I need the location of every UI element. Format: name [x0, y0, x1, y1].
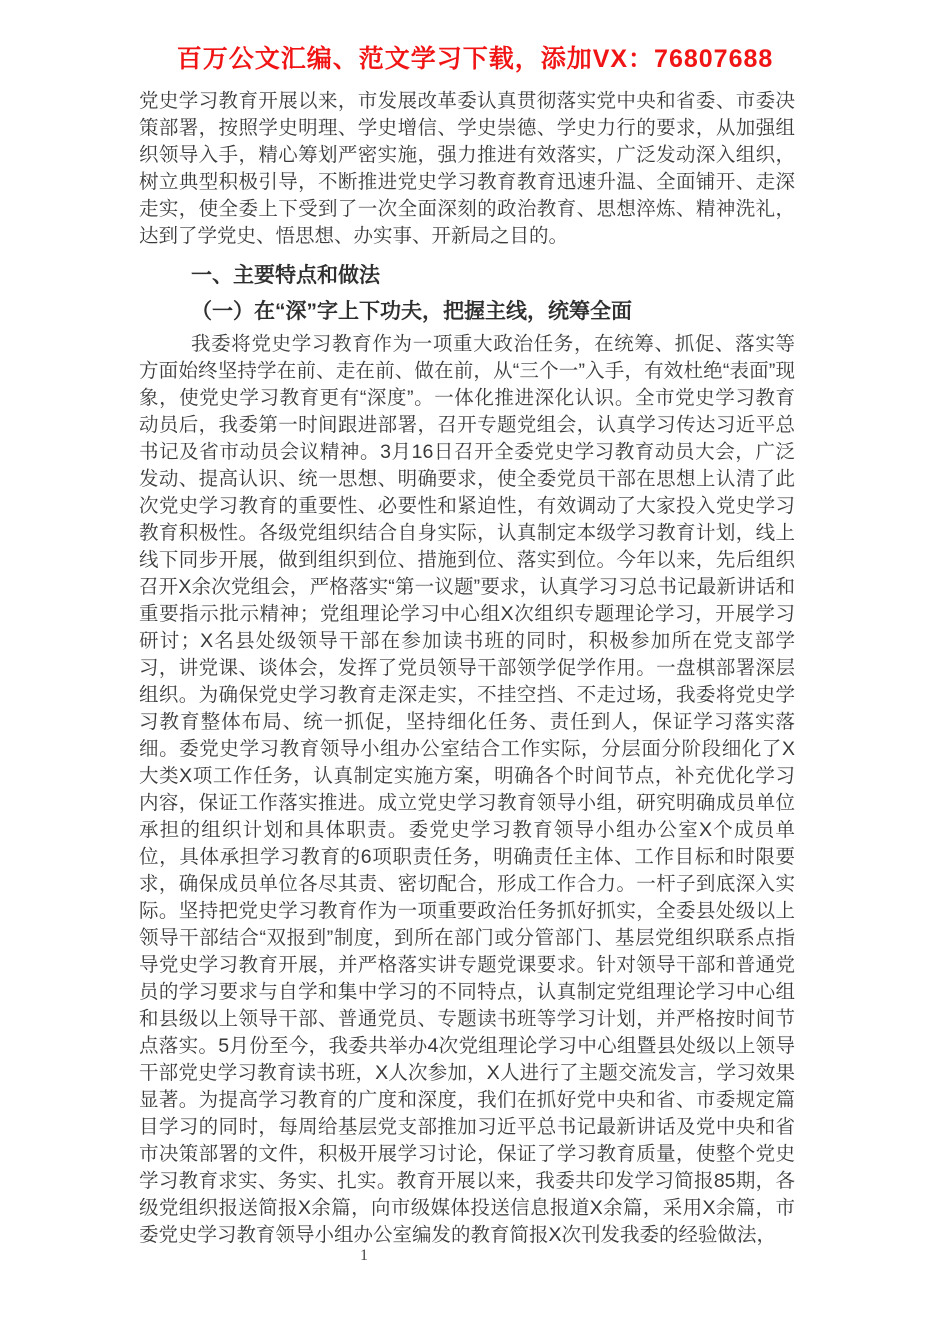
subsection-heading: （一）在“深”字上下功夫，把握主线，统筹全面 — [191, 295, 795, 329]
intro-paragraph: 党史学习教育开展以来，市发展改革委认真贯彻落实党中央和省委、市委决策部署，按照学… — [139, 88, 795, 250]
document-page: 百万公文汇编、范文学习下载，添加VX：76807688 党史学习教育开展以来，市… — [0, 0, 950, 1344]
header-notice: 百万公文汇编、范文学习下载，添加VX：76807688 — [0, 0, 950, 74]
main-paragraph: 我委将党史学习教育作为一项重大政治任务，在统筹、抓促、落实等方面始终坚持学在前、… — [139, 331, 795, 1249]
section-heading: 一、主要特点和做法 — [191, 259, 795, 293]
document-body: 党史学习教育开展以来，市发展改革委认真贯彻落实党中央和省委、市委决策部署，按照学… — [139, 88, 795, 1249]
page-number: 1 — [352, 1246, 376, 1266]
